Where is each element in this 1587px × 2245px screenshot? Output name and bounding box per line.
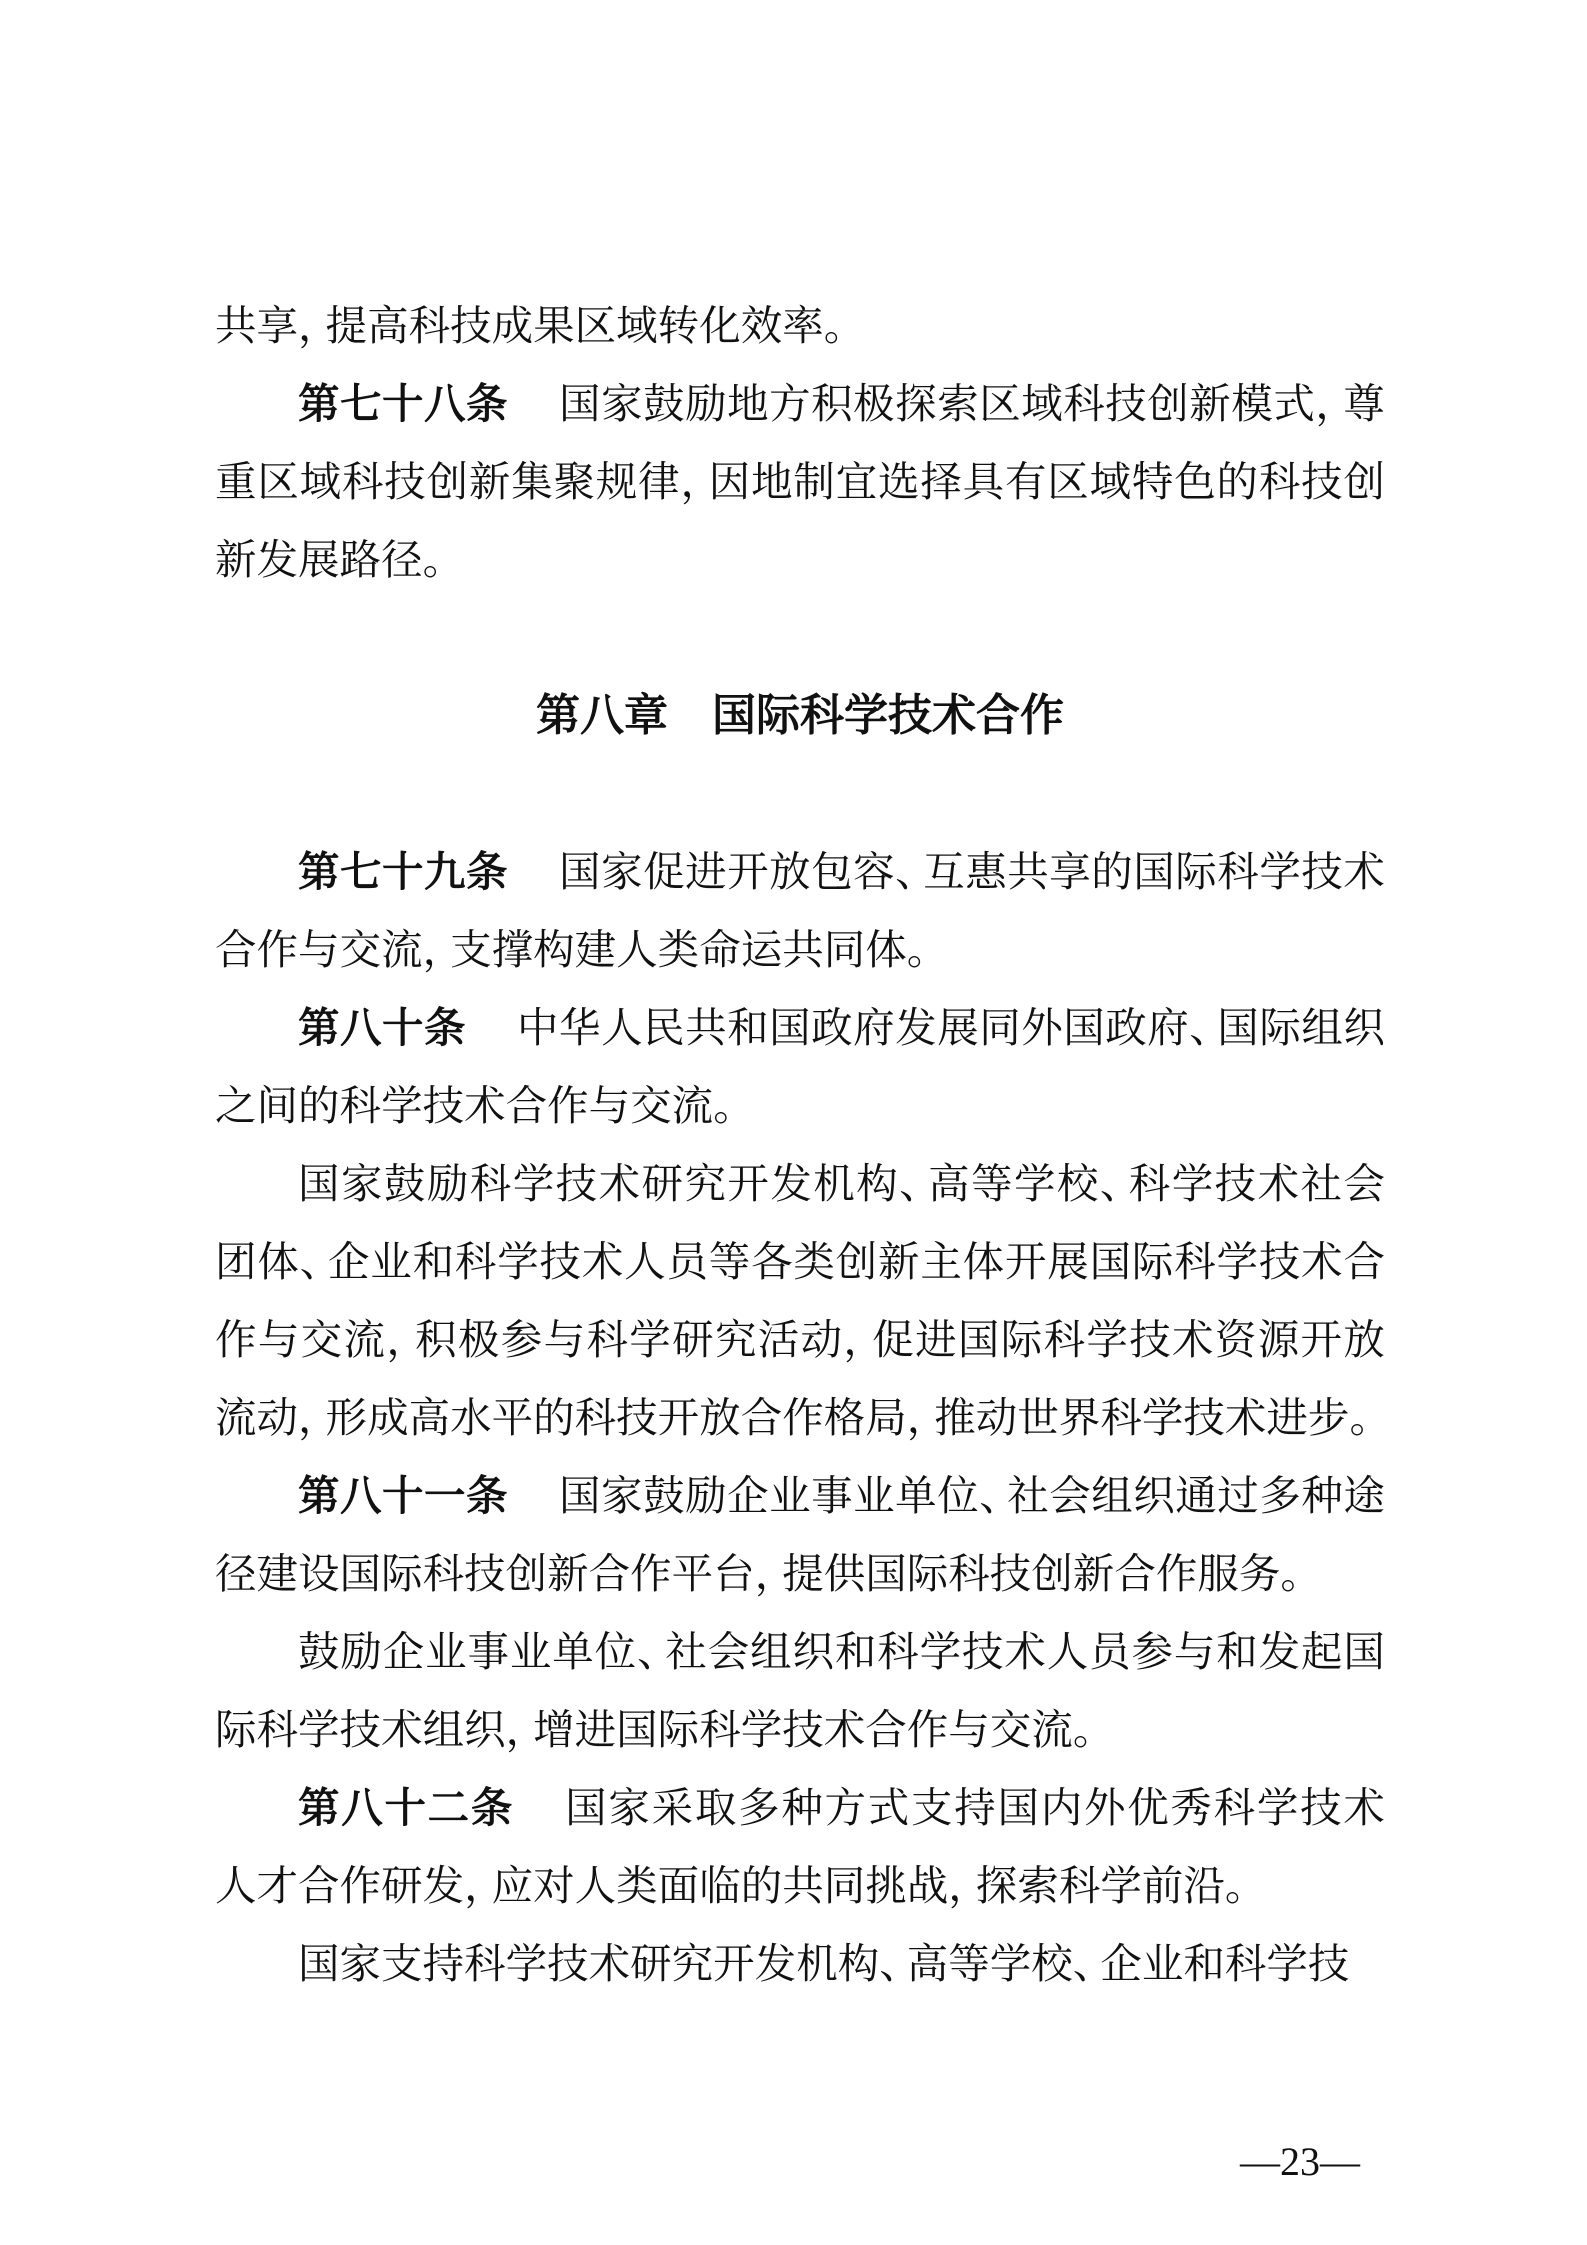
punctuation-mark: 、 [879, 1941, 907, 1987]
page-number: —23— [1240, 2139, 1360, 2184]
punctuation-mark: ， [1315, 381, 1343, 427]
punctuation-mark: ， [464, 1863, 492, 1909]
punctuation-mark: 、 [1100, 1161, 1129, 1207]
body-paragraph: 共享，提高科技成果区域转化效率。 [215, 287, 1385, 365]
punctuation-mark: ， [907, 1395, 935, 1441]
body-paragraph: 国家鼓励科学技术研究开发机构、高等学校、科学技术社会团体、企业和科学技术人员等各… [215, 1145, 1385, 1457]
punctuation-mark: 、 [899, 1161, 928, 1207]
punctuation-mark: 、 [1073, 1941, 1101, 1987]
body-paragraph: 鼓励企业事业单位、社会组织和科学技术人员参与和发起国际科学技术组织，增进国际科学… [215, 1613, 1385, 1769]
punctuation-mark: 。 [423, 537, 451, 583]
punctuation-mark: ， [386, 1317, 415, 1363]
punctuation-mark: ， [506, 1707, 534, 1753]
punctuation-mark: 、 [637, 1629, 665, 1675]
article-paragraph: 第八十一条国家鼓励企业事业单位、社会组织通过多种途径建设国际科技创新合作平台，提… [215, 1457, 1385, 1613]
chapter-heading: 第八章 国际科学技术合作 [215, 677, 1385, 755]
punctuation-mark: ， [298, 1395, 326, 1441]
article-number-label: 第七十九条 [298, 848, 508, 895]
punctuation-mark: ， [843, 1317, 872, 1363]
punctuation-mark: ， [680, 459, 708, 505]
article-paragraph: 第八十二条国家采取多种方式支持国内外优秀科学技术人才合作研发，应对人类面临的共同… [215, 1769, 1385, 1925]
punctuation-mark: 。 [824, 303, 852, 349]
article-number-label: 第八十一条 [298, 1472, 508, 1519]
page-footer: —23— [1240, 2138, 1360, 2185]
punctuation-mark: 。 [1280, 1551, 1308, 1597]
punctuation-mark: ， [948, 1863, 976, 1909]
article-number-label: 第八十二条 [298, 1784, 514, 1831]
punctuation-mark: ， [423, 927, 451, 973]
punctuation-mark: 、 [895, 849, 923, 895]
document-body: 共享，提高科技成果区域转化效率。第七十八条国家鼓励地方积极探索区域科技创新模式，… [215, 287, 1385, 2003]
punctuation-mark: 。 [1073, 1707, 1101, 1753]
article-number-label: 第八十条 [298, 1004, 466, 1051]
article-paragraph: 第七十八条国家鼓励地方积极探索区域科技创新模式，尊重区域科技创新集聚规律，因地制… [215, 365, 1385, 599]
punctuation-mark: ， [755, 1551, 783, 1597]
article-paragraph: 第八十条中华人民共和国政府发展同外国政府、国际组织之间的科学技术合作与交流。 [215, 989, 1385, 1145]
article-paragraph: 第七十九条国家促进开放包容、互惠共享的国际科学技术合作与交流，支撑构建人类命运共… [215, 833, 1385, 989]
punctuation-mark: ， [298, 303, 326, 349]
punctuation-mark: 。 [713, 1083, 741, 1129]
article-number-label: 第七十八条 [298, 380, 508, 427]
punctuation-mark: 、 [979, 1473, 1007, 1519]
punctuation-mark: 、 [300, 1239, 328, 1285]
document-page: 共享，提高科技成果区域转化效率。第七十八条国家鼓励地方积极探索区域科技创新模式，… [0, 0, 1587, 2245]
punctuation-mark: 。 [1225, 1863, 1253, 1909]
body-paragraph: 国家支持科学技术研究开发机构、高等学校、企业和科学技 [215, 1925, 1385, 2003]
punctuation-mark: 、 [1189, 1005, 1217, 1051]
punctuation-mark: 。 [907, 927, 935, 973]
punctuation-mark: 。 [1349, 1395, 1377, 1441]
